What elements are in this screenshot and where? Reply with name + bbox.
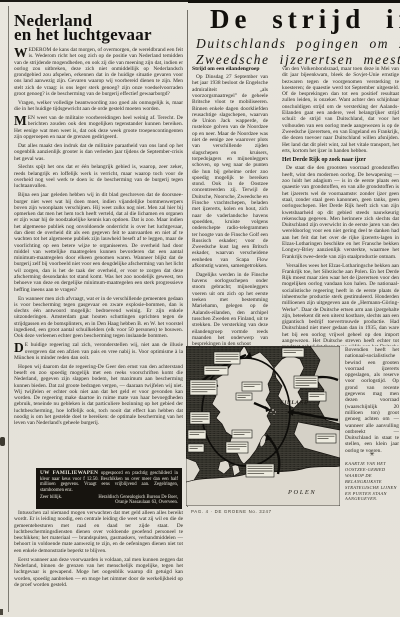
column-a: Strijd om een eilandengroep Op Dinsdag 2…: [192, 66, 268, 346]
ad-heading: UW FAMILIEWAPEN: [40, 470, 98, 476]
ad-note: Zeer billijk.: [40, 495, 62, 506]
paragraph: DE huidige regeering zal zich, veronders…: [14, 342, 183, 361]
left-article-title: Nederland en het luchtgevaar: [14, 14, 186, 41]
paragraph: Dagelijks werden in de Finsche havens oo…: [192, 272, 268, 346]
paragraph: van den Volkenbondsraad, maar toen deze …: [282, 66, 399, 154]
paragraph: Dat alles maakt den indruk dat de milita…: [14, 143, 183, 162]
paragraph: Bovendien heeft het nationaal-socialisti…: [345, 347, 399, 453]
column-b-subhead: Het Derde Rijk op zoek naar ijzer: [282, 157, 399, 163]
paragraph: WEDEROM de kans dat morgen, of overmorge…: [14, 47, 183, 97]
map-label-polen: POLEN: [287, 489, 316, 496]
subtitle-line-1: Duitschlands pogingen om zich van de: [196, 36, 400, 52]
left-article-body-continued: Intusschen zal niemand mogen verwachten …: [14, 510, 183, 613]
ad-firm-line-1: Heraldisch Genealogisch Bureau De Boer,: [98, 495, 178, 500]
paragraph: Slechts spijt het ons dat er één belangr…: [14, 164, 183, 189]
scan-fold-line: [8, 6, 9, 612]
drop-cap: D: [14, 342, 25, 353]
section-separator: ✳: [345, 451, 399, 458]
newspaper-page: Nederland en het luchtgevaar WEDEROM de …: [0, 0, 400, 617]
paragraph: Versailles wees het Elzas-Lotharingsche …: [282, 263, 399, 347]
page-footer: PAG. 4 · DE GROENE No. 3247: [191, 509, 272, 514]
paragraph: De staat die den grootsten voorraad gron…: [282, 165, 399, 259]
strategic-map: FINLAND POLEN: [186, 346, 340, 506]
paragraph: Bijna een jaar geleden hebben wij in dit…: [14, 192, 183, 293]
scan-border-top-right: [188, 0, 400, 3]
drop-cap: M: [14, 115, 28, 126]
paragraph: En wanneer men zich afvraagt, wat er in …: [14, 296, 183, 340]
scan-blotch: [0, 437, 5, 446]
title-line-2: en het luchtgevaar: [14, 28, 186, 42]
paragraph: Eerst wanneer aan deze voorwaarden is vo…: [14, 557, 183, 588]
drop-cap: W: [14, 47, 29, 58]
paragraph: Vragen, welker volledige beantwoording z…: [14, 100, 183, 113]
column-b: van den Volkenbondsraad, maar toen deze …: [282, 66, 399, 346]
scan-blotch: [0, 609, 3, 615]
main-headline: De strijd in de: [210, 4, 400, 34]
column-a-heading: Strijd om een eilandengroep: [192, 66, 268, 72]
map-caption: KAARTJE VAN HET OOSTZEE-GEBIED WAAROP DE…: [345, 461, 399, 506]
family-crest-ad: UW FAMILIEWAPEN opgespoord en prachtig g…: [36, 468, 182, 509]
map-label-finland: FINLAND: [280, 400, 308, 406]
paragraph: MEN weet van de militaire voorbereidinge…: [14, 115, 183, 140]
left-article-body: WEDEROM de kans dat morgen, of overmorge…: [14, 47, 183, 466]
paragraph: Op Dinsdag 27 September van het jaar 193…: [192, 74, 268, 269]
ad-firm-line-2: Oranje Nassaulaan 63, Overveen.: [115, 500, 178, 505]
paragraph: Intusschen zal niemand mogen verwachten …: [14, 510, 183, 554]
column-b-narrow: Bovendien heeft het nationaal-socialisti…: [345, 347, 399, 453]
paragraph: Hopen wij daarom dat de regeering-De Gee…: [14, 364, 183, 427]
